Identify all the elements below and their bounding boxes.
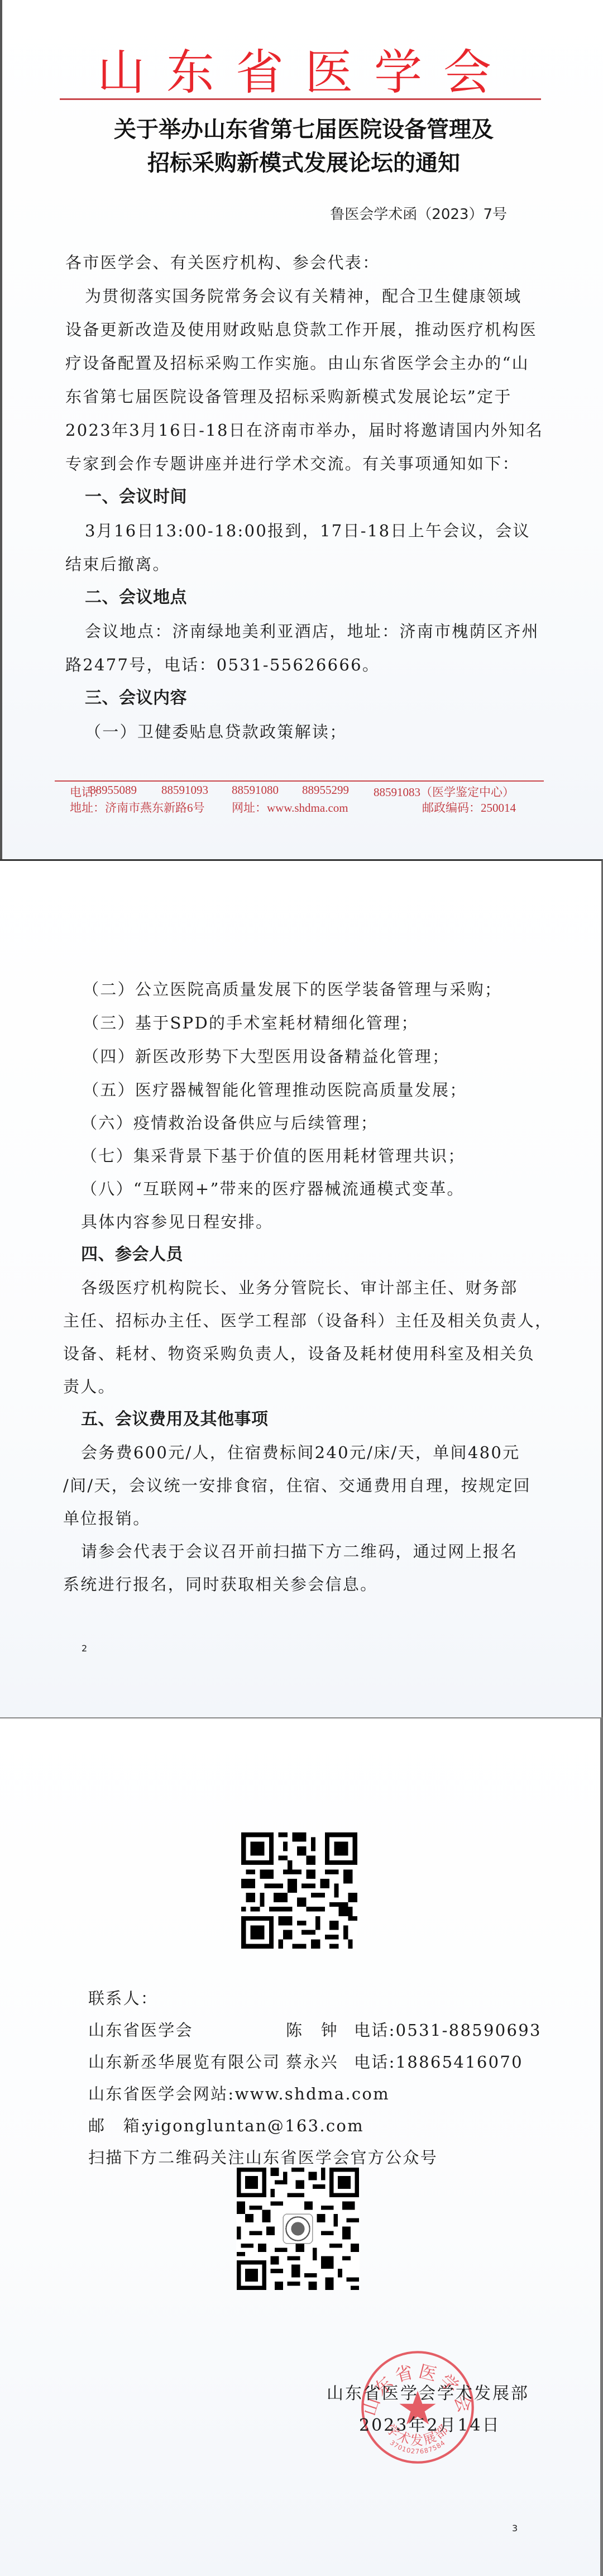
intro-line: 2023年3月16日-18日在济南市举办，届时将邀请国内外知名 [65,420,543,440]
document-page-1: 山东省医学会 关于举办山东省第七届医院设备管理及 招标采购新模式发展论坛的通知 … [0,0,603,859]
registration-line: 请参会代表于会议召开前扫描下方二维码，通过网上报名 [81,1541,518,1561]
footer-website: 网址：www.shdma.com [232,799,348,816]
fees-line: 单位报销。 [63,1508,151,1529]
contact-org: 山东新丞华展览有限公司 [88,2052,280,2072]
attendees-line: 责人。 [63,1377,116,1397]
official-seal-stamp: 山东省医学会 学术发展部 3701027687584 [359,2349,476,2466]
section-venue-line: 会议地点：济南绿地美利亚酒店，地址：济南市槐荫区齐州 [85,621,539,641]
content-item: （六）疫情救治设备供应与后续管理； [81,1113,378,1133]
footer-phone: 88591093 [161,783,208,797]
contact-phone: 电话:18865416070 [354,2052,523,2072]
page-number: 2 [82,1643,87,1654]
content-item: （四）新医改形势下大型医用设备精益化管理； [83,1046,449,1066]
content-item: （三）基于SPD的手术室耗材精细化管理； [83,1013,419,1033]
section-time-line: 结束后撤离。 [65,554,170,574]
attendees-line: 设备、耗材、物资采购负责人，设备及耗材使用科室及相关负 [63,1344,535,1364]
section-heading-content: 三、会议内容 [85,688,187,708]
contacts-label: 联系人： [88,1988,158,2008]
salutation: 各市医学会、有关医疗机构、参会代表： [65,253,380,273]
document-page-2: （二）公立医院高质量发展下的医学装备管理与采购； （三）基于SPD的手术室耗材精… [0,859,603,1717]
section-time-line: 3月16日13:00-18:00报到，17日-18日上午会议，会议 [85,521,530,541]
contact-name: 蔡永兴 [286,2052,338,2072]
footer-address: 地址：济南市燕东新路6号 [70,799,205,816]
content-item: （五）医疗器械智能化管理推动医院高质量发展； [83,1080,467,1100]
section-heading-venue: 二、会议地点 [85,588,187,608]
footer-phone: 88591080 [232,783,279,797]
document-title-line-1: 关于举办山东省第七届医院设备管理及 [2,116,603,143]
attendees-line: 主任、招标办主任、医学工程部（设备科）主任及相关负责人， [63,1311,552,1331]
intro-line: 设备更新改造及使用财政贴息贷款工作开展，推动医疗机构医 [65,320,537,340]
intro-line: 专家到会作专题讲座并进行学术交流。有关事项通知如下： [65,454,520,474]
website-line: 山东省医学会网站:www.shdma.com [88,2084,390,2104]
content-item: （八）“互联网+”带来的医疗器械流通模式变革。 [81,1179,465,1199]
intro-line: 为贯彻落实国务院常务会议有关精神，配合卫生健康领域 [85,286,522,306]
registration-line: 系统进行报名，同时获取相关参会信息。 [63,1574,377,1594]
email-label: 邮 箱: [88,2116,147,2136]
intro-line: 疗设备配置及招标采购工作实施。由山东省医学会主办的“山 [65,353,529,373]
content-item: （二）公立医院高质量发展下的医学装备管理与采购； [83,979,502,999]
contact-name: 陈 钟 [286,2020,338,2040]
qr-code-icon[interactable] [241,1832,357,1949]
masthead-title: 山东省医学会 [97,46,505,99]
footer-phone: 88955299 [302,783,349,797]
page-number: 3 [512,2523,518,2534]
footer-postcode: 邮政编码：250014 [422,799,516,816]
masthead-red-rule [60,98,541,100]
content-item: （七）集采背景下基于价值的医用耗材管理共识； [81,1146,466,1166]
section-venue-line: 路2477号，电话：0531-55626666。 [65,655,380,675]
section-heading-time: 一、会议时间 [85,487,187,507]
section-heading-fees: 五、会议费用及其他事项 [81,1410,269,1430]
signature-organization: 山东省医学会学术发展部 [327,2379,529,2404]
follow-note: 扫描下方二维码关注山东省医学会官方公众号 [88,2148,438,2168]
document-number: 鲁医会学术函（2023）7号 [330,203,507,223]
fees-line: /间/天，会议统一安排食宿，住宿、交通费用自理，按规定回 [63,1475,531,1496]
contact-phone: 电话:0531-88590693 [354,2020,542,2040]
schedule-note: 具体内容参见日程安排。 [81,1212,273,1232]
document-page-3: 联系人： 山东省医学会 陈 钟 电话:0531-88590693 山东新丞华展览… [0,1717,603,2576]
contact-org: 山东省医学会 [88,2020,193,2040]
signature-date: 2023年2月14日 [359,2411,501,2436]
content-item: （一）卫健委贴息贷款政策解读； [85,722,347,742]
footer-red-rule [55,780,544,782]
document-title-line-2: 招标采购新模式发展论坛的通知 [2,150,603,177]
email-address[interactable]: yigongluntan@163.com [144,2116,364,2136]
fees-line: 会务费600元/人，住宿费标间240元/床/天，单间480元 [81,1442,520,1463]
intro-line: 东省第七届医院设备管理及招标采购新模式发展论坛”定于 [65,387,512,407]
footer-phone: 88955089 [90,783,137,797]
attendees-line: 各级医疗机构院长、业务分管院长、审计部主任、财务部 [81,1278,518,1298]
footer-phone: 88591083（医学鉴定中心） [374,783,514,800]
section-heading-attendees: 四、参会人员 [81,1245,183,1265]
qr-code-with-logo-icon[interactable] [236,2168,360,2290]
